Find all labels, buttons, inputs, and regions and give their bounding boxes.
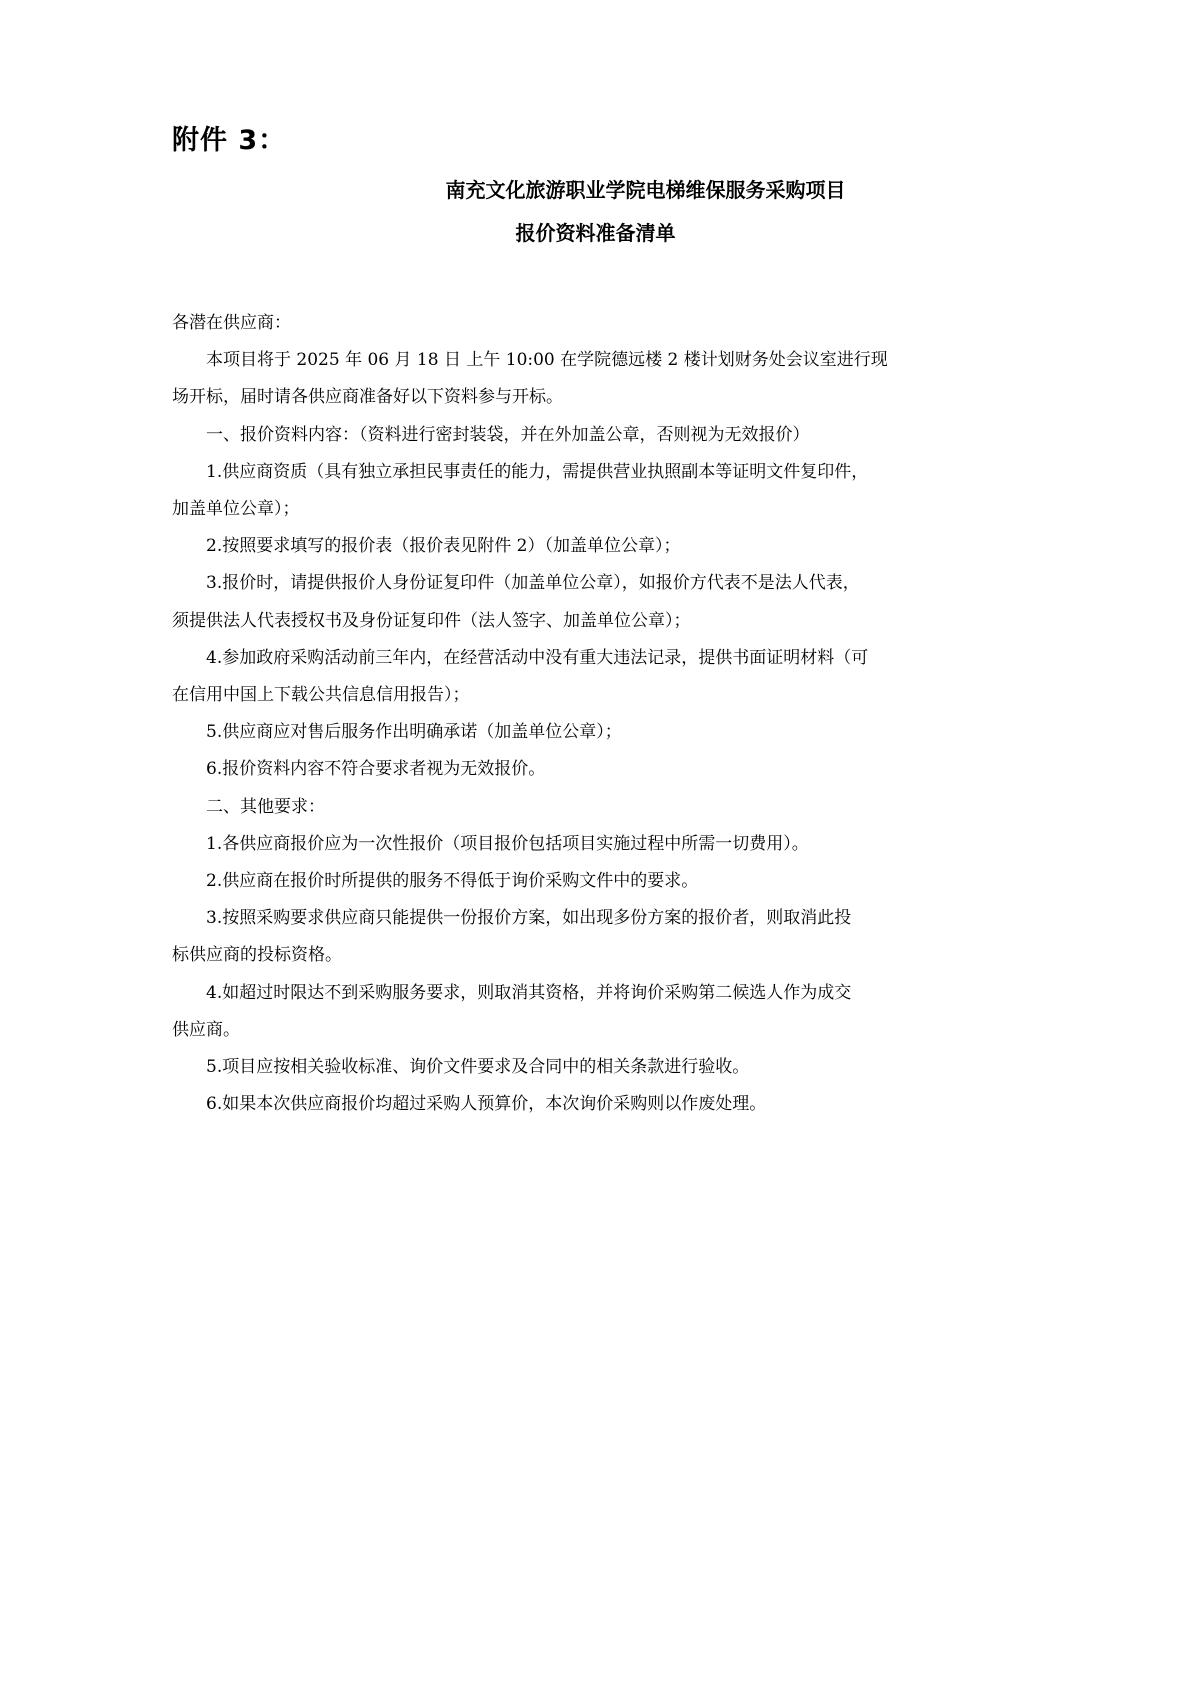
list-item-continuation: 须提供法人代表授权书及身份证复印件（法人签字、加盖单位公章）； xyxy=(172,603,1018,640)
list-item: 3.报价时，请提供报价人身份证复印件（加盖单位公章），如报价方代表不是法人代表， xyxy=(172,565,1018,602)
list-item: 2.按照要求填写的报价表（报价表见附件 2）（加盖单位公章）； xyxy=(172,528,1018,565)
list-item: 4.如超过时限达不到采购服务要求，则取消其资格，并将询价采购第二候选人作为成交 xyxy=(172,975,1018,1012)
attachment-label: 附件 3： xyxy=(172,118,286,157)
list-item-continuation: 标供应商的投标资格。 xyxy=(172,937,1018,974)
document-title: 南充文化旅游职业学院电梯维保服务采购项目 xyxy=(50,174,1191,203)
list-item: 2.供应商在报价时所提供的服务不得低于询价采购文件中的要求。 xyxy=(172,863,1018,900)
intro-line: 场开标，届时请各供应商准备好以下资料参与开标。 xyxy=(172,379,1018,416)
list-item-continuation: 加盖单位公章）； xyxy=(172,491,1018,528)
list-item: 1.各供应商报价应为一次性报价（项目报价包括项目实施过程中所需一切费用）。 xyxy=(172,826,1018,863)
document-body: 各潜在供应商： 本项目将于 2025 年 06 月 18 日 上午 10:00 … xyxy=(172,305,1018,1123)
list-item-continuation: 在信用中国上下载公共信息信用报告）； xyxy=(172,677,1018,714)
list-item: 3.按照采购要求供应商只能提供一份报价方案，如出现多份方案的报价者，则取消此投 xyxy=(172,900,1018,937)
salutation: 各潜在供应商： xyxy=(172,305,1018,342)
section-heading: 二、其他要求： xyxy=(172,789,1018,826)
document-subtitle: 报价资料准备清单 xyxy=(0,217,1191,246)
intro-line: 本项目将于 2025 年 06 月 18 日 上午 10:00 在学院德远楼 2… xyxy=(172,342,1018,379)
section-heading: 一、报价资料内容：（资料进行密封装袋，并在外加盖公章，否则视为无效报价） xyxy=(172,417,1018,454)
list-item: 4.参加政府采购活动前三年内，在经营活动中没有重大违法记录，提供书面证明材料（可 xyxy=(172,640,1018,677)
list-item: 5.项目应按相关验收标准、询价文件要求及合同中的相关条款进行验收。 xyxy=(172,1049,1018,1086)
list-item: 5.供应商应对售后服务作出明确承诺（加盖单位公章）； xyxy=(172,714,1018,751)
document-page: 附件 3： 南充文化旅游职业学院电梯维保服务采购项目 报价资料准备清单 各潜在供… xyxy=(0,0,1191,1684)
list-item: 1.供应商资质（具有独立承担民事责任的能力，需提供营业执照副本等证明文件复印件， xyxy=(172,454,1018,491)
list-item: 6.如果本次供应商报价均超过采购人预算价，本次询价采购则以作废处理。 xyxy=(172,1086,1018,1123)
list-item: 6.报价资料内容不符合要求者视为无效报价。 xyxy=(172,751,1018,788)
list-item-continuation: 供应商。 xyxy=(172,1012,1018,1049)
